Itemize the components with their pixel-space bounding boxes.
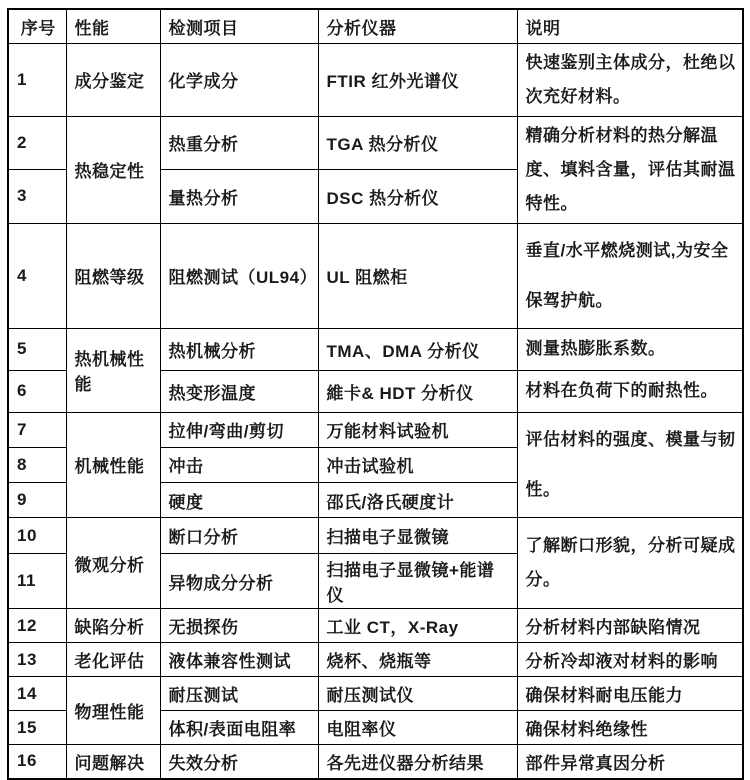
table-row: 4 阻燃等级 阻燃测试（UL94） UL 阻燃柜 垂直/水平燃烧测试,为安全保驾… — [8, 223, 743, 328]
cell-instrument: 耐压测试仪 — [318, 677, 517, 711]
cell-instrument: 各先进仪器分析结果 — [318, 745, 517, 779]
cell-test-item: 热重分析 — [160, 116, 318, 170]
cell-no: 14 — [8, 677, 66, 711]
cell-no: 2 — [8, 116, 66, 170]
cell-test-item: 断口分析 — [160, 518, 318, 554]
material-analysis-table: 序号 性能 检测项目 分析仪器 说明 1 成分鉴定 化学成分 FTIR 红外光谱… — [7, 8, 744, 780]
cell-instrument: 扫描电子显微镜+能谱仪 — [318, 554, 517, 609]
table-row: 10 微观分析 断口分析 扫描电子显微镜 了解断口形貌，分析可疑成分。 — [8, 518, 743, 554]
cell-no: 9 — [8, 482, 66, 517]
cell-instrument: TMA、DMA 分析仪 — [318, 328, 517, 370]
cell-description: 了解断口形貌，分析可疑成分。 — [517, 518, 743, 609]
cell-test-item: 冲击 — [160, 447, 318, 482]
cell-description: 确保材料耐电压能力 — [517, 677, 743, 711]
cell-test-item: 阻燃测试（UL94） — [160, 223, 318, 328]
cell-performance: 物理性能 — [66, 677, 160, 745]
cell-test-item: 无损探伤 — [160, 609, 318, 643]
table-row: 12 缺陷分析 无损探伤 工业 CT，X-Ray 分析材料内部缺陷情况 — [8, 609, 743, 643]
cell-instrument: 冲击试验机 — [318, 447, 517, 482]
page: 序号 性能 检测项目 分析仪器 说明 1 成分鉴定 化学成分 FTIR 红外光谱… — [0, 0, 750, 739]
cell-test-item: 热变形温度 — [160, 370, 318, 412]
cell-no: 1 — [8, 43, 66, 116]
cell-description: 分析冷却液对材料的影响 — [517, 643, 743, 677]
cell-performance: 热机械性能 — [66, 328, 160, 412]
header-no: 序号 — [8, 9, 66, 43]
cell-instrument: FTIR 红外光谱仪 — [318, 43, 517, 116]
cell-test-item: 异物成分分析 — [160, 554, 318, 609]
cell-performance: 阻燃等级 — [66, 223, 160, 328]
cell-description: 测量热膨胀系数。 — [517, 328, 743, 370]
cell-test-item: 耐压测试 — [160, 677, 318, 711]
cell-description: 精确分析材料的热分解温度、填料含量，评估其耐温特性。 — [517, 116, 743, 223]
cell-instrument: 烧杯、烧瓶等 — [318, 643, 517, 677]
cell-test-item: 化学成分 — [160, 43, 318, 116]
table-row: 14 物理性能 耐压测试 耐压测试仪 确保材料耐电压能力 — [8, 677, 743, 711]
cell-no: 3 — [8, 170, 66, 224]
cell-description: 分析材料内部缺陷情况 — [517, 609, 743, 643]
cell-no: 4 — [8, 223, 66, 328]
header-performance: 性能 — [66, 9, 160, 43]
cell-no: 6 — [8, 370, 66, 412]
cell-performance: 机械性能 — [66, 412, 160, 517]
cell-performance: 热稳定性 — [66, 116, 160, 223]
cell-no: 5 — [8, 328, 66, 370]
cell-no: 10 — [8, 518, 66, 554]
table-row: 1 成分鉴定 化学成分 FTIR 红外光谱仪 快速鉴别主体成分，杜绝以次充好材料… — [8, 43, 743, 116]
table-row: 7 机械性能 拉伸/弯曲/剪切 万能材料试验机 评估材料的强度、模量与韧性。 — [8, 412, 743, 447]
header-instrument: 分析仪器 — [318, 9, 517, 43]
cell-test-item: 热机械分析 — [160, 328, 318, 370]
cell-test-item: 量热分析 — [160, 170, 318, 224]
table-row: 13 老化评估 液体兼容性测试 烧杯、烧瓶等 分析冷却液对材料的影响 — [8, 643, 743, 677]
cell-no: 7 — [8, 412, 66, 447]
cell-no: 11 — [8, 554, 66, 609]
cell-performance: 成分鉴定 — [66, 43, 160, 116]
table-row: 2 热稳定性 热重分析 TGA 热分析仪 精确分析材料的热分解温度、填料含量，评… — [8, 116, 743, 170]
cell-description: 垂直/水平燃烧测试,为安全保驾护航。 — [517, 223, 743, 328]
cell-instrument: TGA 热分析仪 — [318, 116, 517, 170]
cell-instrument: 邵氏/洛氏硬度计 — [318, 482, 517, 517]
cell-instrument: 万能材料试验机 — [318, 412, 517, 447]
cell-instrument: 扫描电子显微镜 — [318, 518, 517, 554]
cell-test-item: 体积/表面电阻率 — [160, 711, 318, 745]
cell-description: 评估材料的强度、模量与韧性。 — [517, 412, 743, 517]
table-row: 16 问题解决 失效分析 各先进仪器分析结果 部件异常真因分析 — [8, 745, 743, 779]
cell-test-item: 拉伸/弯曲/剪切 — [160, 412, 318, 447]
cell-instrument: DSC 热分析仪 — [318, 170, 517, 224]
cell-no: 12 — [8, 609, 66, 643]
cell-instrument: UL 阻燃柜 — [318, 223, 517, 328]
cell-no: 8 — [8, 447, 66, 482]
cell-description: 部件异常真因分析 — [517, 745, 743, 779]
cell-no: 15 — [8, 711, 66, 745]
cell-no: 16 — [8, 745, 66, 779]
header-test-item: 检测项目 — [160, 9, 318, 43]
cell-performance: 微观分析 — [66, 518, 160, 609]
cell-test-item: 硬度 — [160, 482, 318, 517]
cell-test-item: 液体兼容性测试 — [160, 643, 318, 677]
cell-description: 快速鉴别主体成分，杜绝以次充好材料。 — [517, 43, 743, 116]
cell-performance: 老化评估 — [66, 643, 160, 677]
header-description: 说明 — [517, 9, 743, 43]
cell-performance: 缺陷分析 — [66, 609, 160, 643]
cell-instrument: 工业 CT，X-Ray — [318, 609, 517, 643]
cell-instrument: 維卡& HDT 分析仪 — [318, 370, 517, 412]
cell-description: 材料在负荷下的耐热性。 — [517, 370, 743, 412]
cell-test-item: 失效分析 — [160, 745, 318, 779]
header-row: 序号 性能 检测项目 分析仪器 说明 — [8, 9, 743, 43]
cell-performance: 问题解决 — [66, 745, 160, 779]
cell-no: 13 — [8, 643, 66, 677]
cell-instrument: 电阻率仪 — [318, 711, 517, 745]
table-row: 5 热机械性能 热机械分析 TMA、DMA 分析仪 测量热膨胀系数。 — [8, 328, 743, 370]
cell-description: 确保材料绝缘性 — [517, 711, 743, 745]
